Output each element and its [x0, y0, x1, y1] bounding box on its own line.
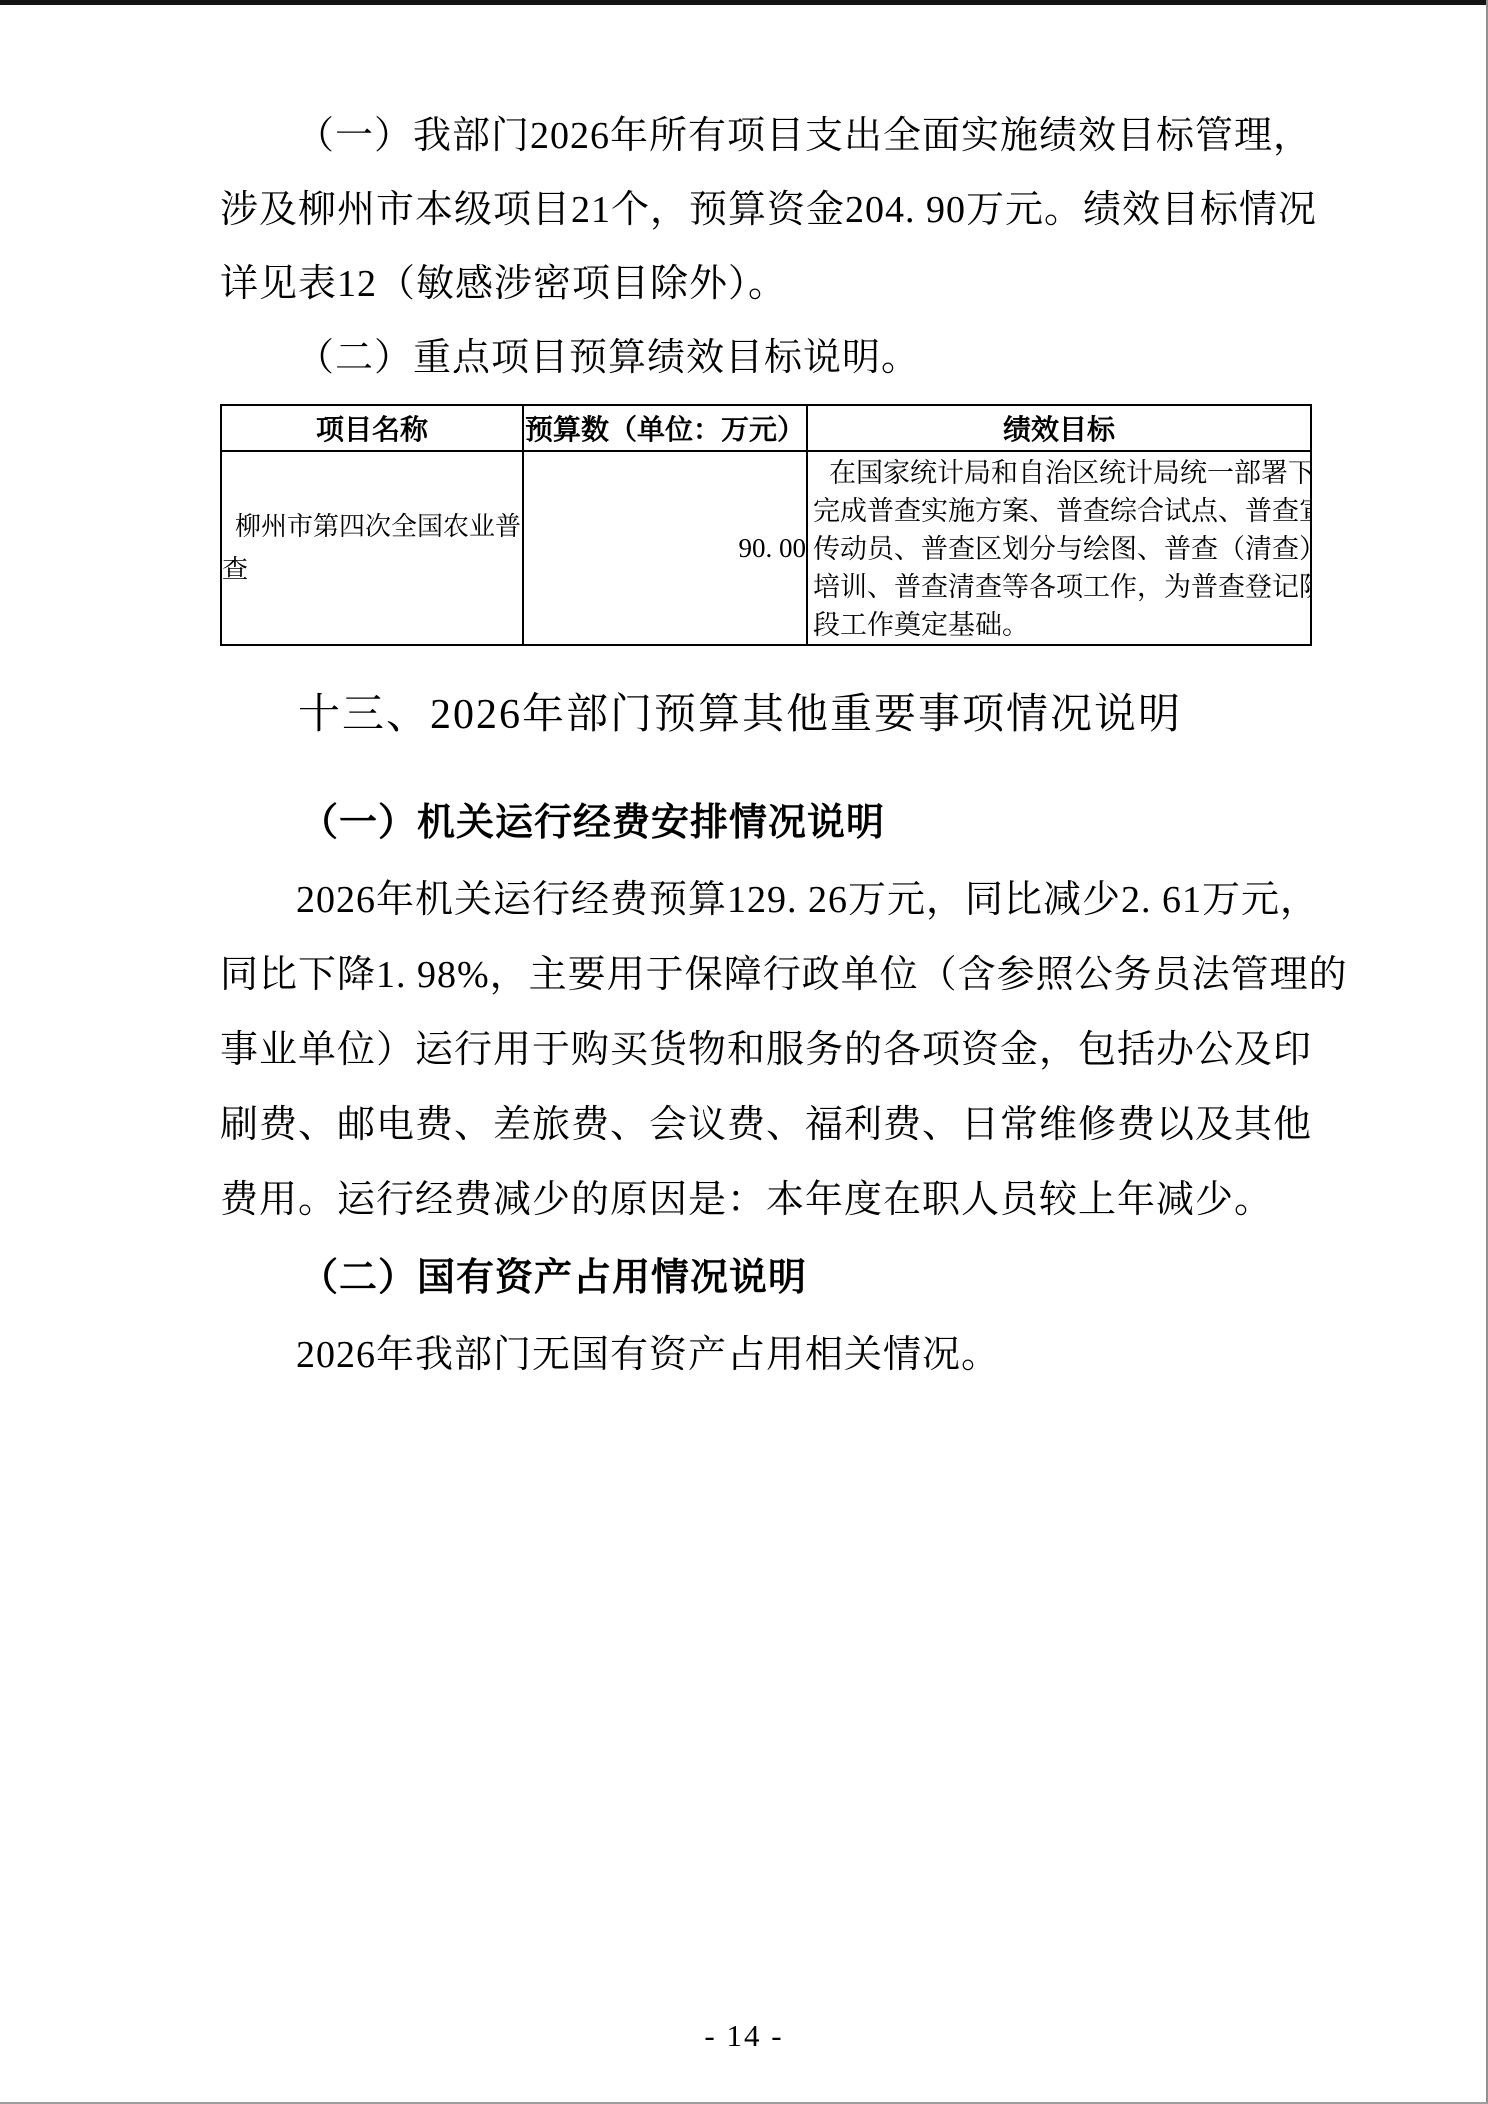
table-header-row: 项目名称 预算数（单位：万元） 绩效目标	[221, 405, 1311, 451]
paragraph-line: 刷费、邮电费、差旅费、会议费、福利费、日常维修费以及其他	[220, 1088, 1306, 1163]
page-top-border	[0, 0, 1488, 5]
para-key-project-heading: （二）重点项目预算绩效目标说明。	[220, 321, 1306, 395]
cell-text-line: 在国家统计局和自治区统计局统一部署下，	[813, 454, 1306, 492]
cell-text-line: 培训、普查清查等各项工作，为普查登记阶	[813, 568, 1306, 606]
table-row: 柳州市第四次全国农业普 查 90. 00 在国家统计局和自治区统计局统一部署下，…	[221, 451, 1311, 645]
paragraph-line: 事业单位）运行用于购买货物和服务的各项资金，包括办公及印	[220, 1013, 1306, 1088]
para-state-assets: 2026年我部门无国有资产占用相关情况。	[220, 1318, 1306, 1392]
document-page: （一）我部门2026年所有项目支出全面实施绩效目标管理， 涉及柳州市本级项目21…	[0, 0, 1488, 2104]
section-13-heading: 十三、2026年部门预算其他重要事项情况说明	[220, 673, 1306, 757]
paragraph-line: 2026年我部门无国有资产占用相关情况。	[220, 1318, 1306, 1392]
paragraph-line: （二）重点项目预算绩效目标说明。	[220, 321, 1306, 395]
paragraph-line: 涉及柳州市本级项目21个，预算资金204. 90万元。绩效目标情况	[220, 173, 1306, 247]
paragraph-line: 同比下降1. 98%，主要用于保障行政单位（含参照公务员法管理的	[220, 938, 1306, 1013]
cell-text-line: 完成普查实施方案、普查综合试点、普查宣	[813, 492, 1306, 530]
cell-budget-amount: 90. 00	[523, 451, 807, 645]
table-header-project-name: 项目名称	[221, 405, 523, 451]
cell-text-line: 柳州市第四次全国农业普	[222, 505, 522, 548]
paragraph-line: 详见表12（敏感涉密项目除外）。	[220, 247, 1306, 321]
paragraph-line: 2026年机关运行经费预算129. 26万元，同比减少2. 61万元，	[220, 863, 1306, 938]
paragraph-line: （一）我部门2026年所有项目支出全面实施绩效目标管理，	[220, 99, 1306, 173]
paragraph-line: 费用。运行经费减少的原因是：本年度在职人员较上年减少。	[220, 1163, 1306, 1238]
para-operating-funds: 2026年机关运行经费预算129. 26万元，同比减少2. 61万元， 同比下降…	[220, 863, 1306, 1238]
table-header-performance-goal: 绩效目标	[807, 405, 1311, 451]
page-number: - 14 -	[0, 2018, 1488, 2068]
subheading-operating-funds: （一）机关运行经费安排情况说明	[220, 783, 1306, 863]
cell-text-line: 段工作奠定基础。	[813, 606, 1306, 644]
page-content: （一）我部门2026年所有项目支出全面实施绩效目标管理， 涉及柳州市本级项目21…	[220, 99, 1306, 1392]
cell-text-line: 查	[222, 548, 522, 591]
budget-performance-table: 项目名称 预算数（单位：万元） 绩效目标 柳州市第四次全国农业普 查 90. 0…	[220, 404, 1312, 646]
cell-performance-goal: 在国家统计局和自治区统计局统一部署下， 完成普查实施方案、普查综合试点、普查宣 …	[807, 451, 1311, 645]
subheading-state-assets: （二）国有资产占用情况说明	[220, 1238, 1306, 1318]
para-project-overview: （一）我部门2026年所有项目支出全面实施绩效目标管理， 涉及柳州市本级项目21…	[220, 99, 1306, 321]
cell-text-line: 传动员、普查区划分与绘图、普查（清查）	[813, 530, 1306, 568]
cell-project-name: 柳州市第四次全国农业普 查	[221, 451, 523, 645]
table-header-budget-amount: 预算数（单位：万元）	[523, 405, 807, 451]
